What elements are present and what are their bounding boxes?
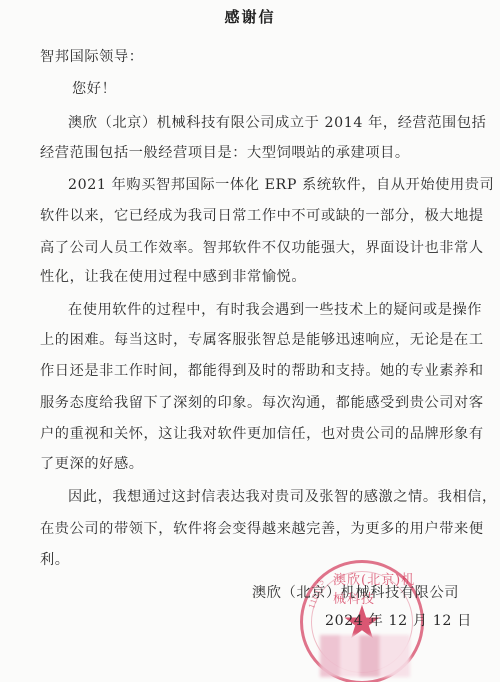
letter-title: 感谢信 [0,6,500,27]
paragraph-line: 在使用软件的过程中，有时我会遇到一些技术上的疑问或是操作 [68,299,482,319]
redacted-region [320,635,410,677]
paragraph-line: 户的重视和关怀，这让我对软件更加信任，也对贵公司的品牌形象有 [40,423,484,443]
paragraph-line: 作日还是非工作时间，都能得到及时的帮助和支持。她的专业素养和 [40,360,484,380]
paragraph-line: 经营范围包括一般经营项目是：大型饲喂站的承建项目。 [40,142,410,162]
paragraph-line: 2021 年购买智邦国际一体化 ERP 系统软件，自从开始使用贵司 [68,174,494,194]
paragraph-line: 利。 [40,549,70,569]
paragraph-line: 了更深的好感。 [40,453,144,473]
paragraph-line: 服务态度给我留下了深刻的印象。每次沟通，都能感受到贵公司对客 [40,392,484,412]
paragraph-line: 因此，我想通过这封信表达我对贵司及张智的感激之情。我相信， [68,486,497,506]
salutation: 智邦国际领导： [40,46,144,66]
paragraph-line: 软件以来，它已经成为我司日常工作中不可或缺的一部分，极大地提 [40,205,484,225]
paragraph-line: 上的困难。每当这时，专属客服张智总是能够迅速响应，无论是在工 [40,329,484,349]
signature-date: 2024 年 12 月 12 日 [325,610,472,630]
letter-page: 感谢信 智邦国际领导： 您好！ 澳欣（北京）机械科技有限公司成立于 2014 年… [0,0,500,682]
paragraph-line: 在贵公司的带领下，软件将会变得越来越完善，为更多的用户带来便 [40,518,484,538]
greeting: 您好！ [72,78,116,98]
paragraph-line: 性化，让我在使用过程中感到非常愉悦。 [40,266,306,286]
paragraph-line: 高了公司人员工作效率。智邦软件不仅功能强大，界面设计也非常人 [40,237,484,257]
paragraph-line: 澳欣（北京）机械科技有限公司成立于 2014 年，经营范围包括 [68,112,486,132]
signature-company: 澳欣（北京）机械科技有限公司 [252,582,459,602]
